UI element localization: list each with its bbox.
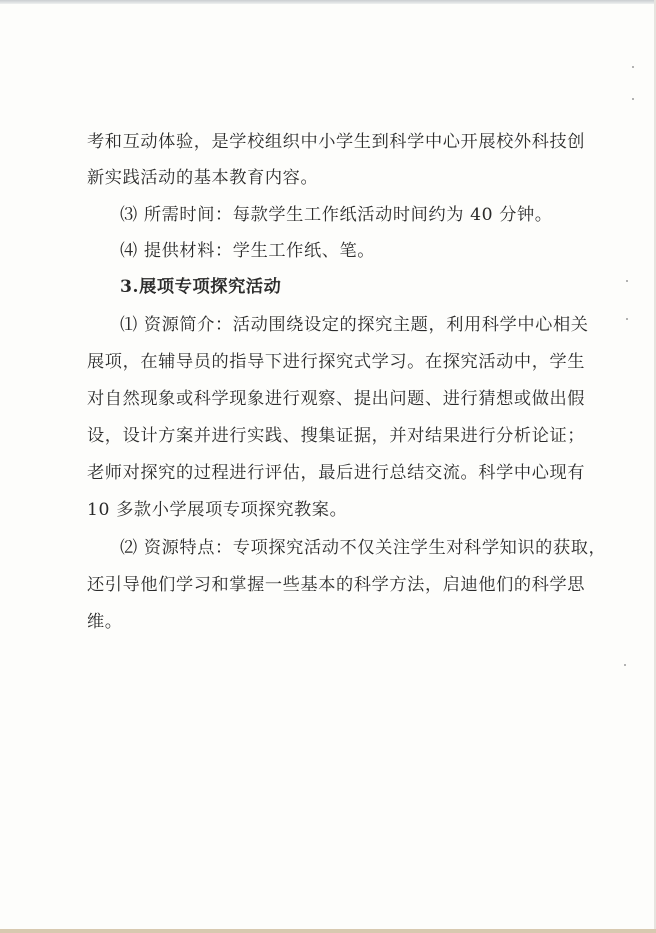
scan-speck [632,98,634,100]
text-line: 老师对探究的过程进行评估，最后进行总结交流。科学中心现有 [87,462,587,484]
scan-top-edge [0,0,656,4]
text-line: 10 多款小学展项专项探究教案。 [87,499,587,521]
list-item: ⑶ 所需时间：每款学生工作纸活动时间约为 40 分钟。 [120,204,620,226]
text-line: 维。 [87,611,587,633]
list-item: ⑵ 资源特点：专项探究活动不仅关注学生对科学知识的获取， [120,537,620,559]
scan-speck [624,664,626,666]
text-line: 展项，在辅导员的指导下进行探究式学习。在探究活动中，学生 [87,351,587,373]
scan-speck [626,318,628,320]
scan-bottom-edge [0,929,656,933]
scan-speck [626,280,628,282]
list-item: ⑴ 资源简介：活动围绕设定的探究主题，利用科学中心相关 [120,314,620,336]
text-line: 还引导他们学习和掌握一些基本的科学方法，启迪他们的科学思 [87,574,587,596]
list-item: ⑷ 提供材料：学生工作纸、笔。 [120,240,620,262]
text-line: 设，设计方案并进行实践、搜集证据，并对结果进行分析论证； [87,425,587,447]
subsection-heading: 3.展项专项探究活动 [120,276,620,298]
scan-speck [632,66,634,68]
text-line: 考和互动体验，是学校组织中小学生到科学中心开展校外科技创 [87,131,587,153]
text-line: 新实践活动的基本教育内容。 [87,167,587,189]
text-line: 对自然现象或科学现象进行观察、提出问题、进行猜想或做出假 [87,388,587,410]
